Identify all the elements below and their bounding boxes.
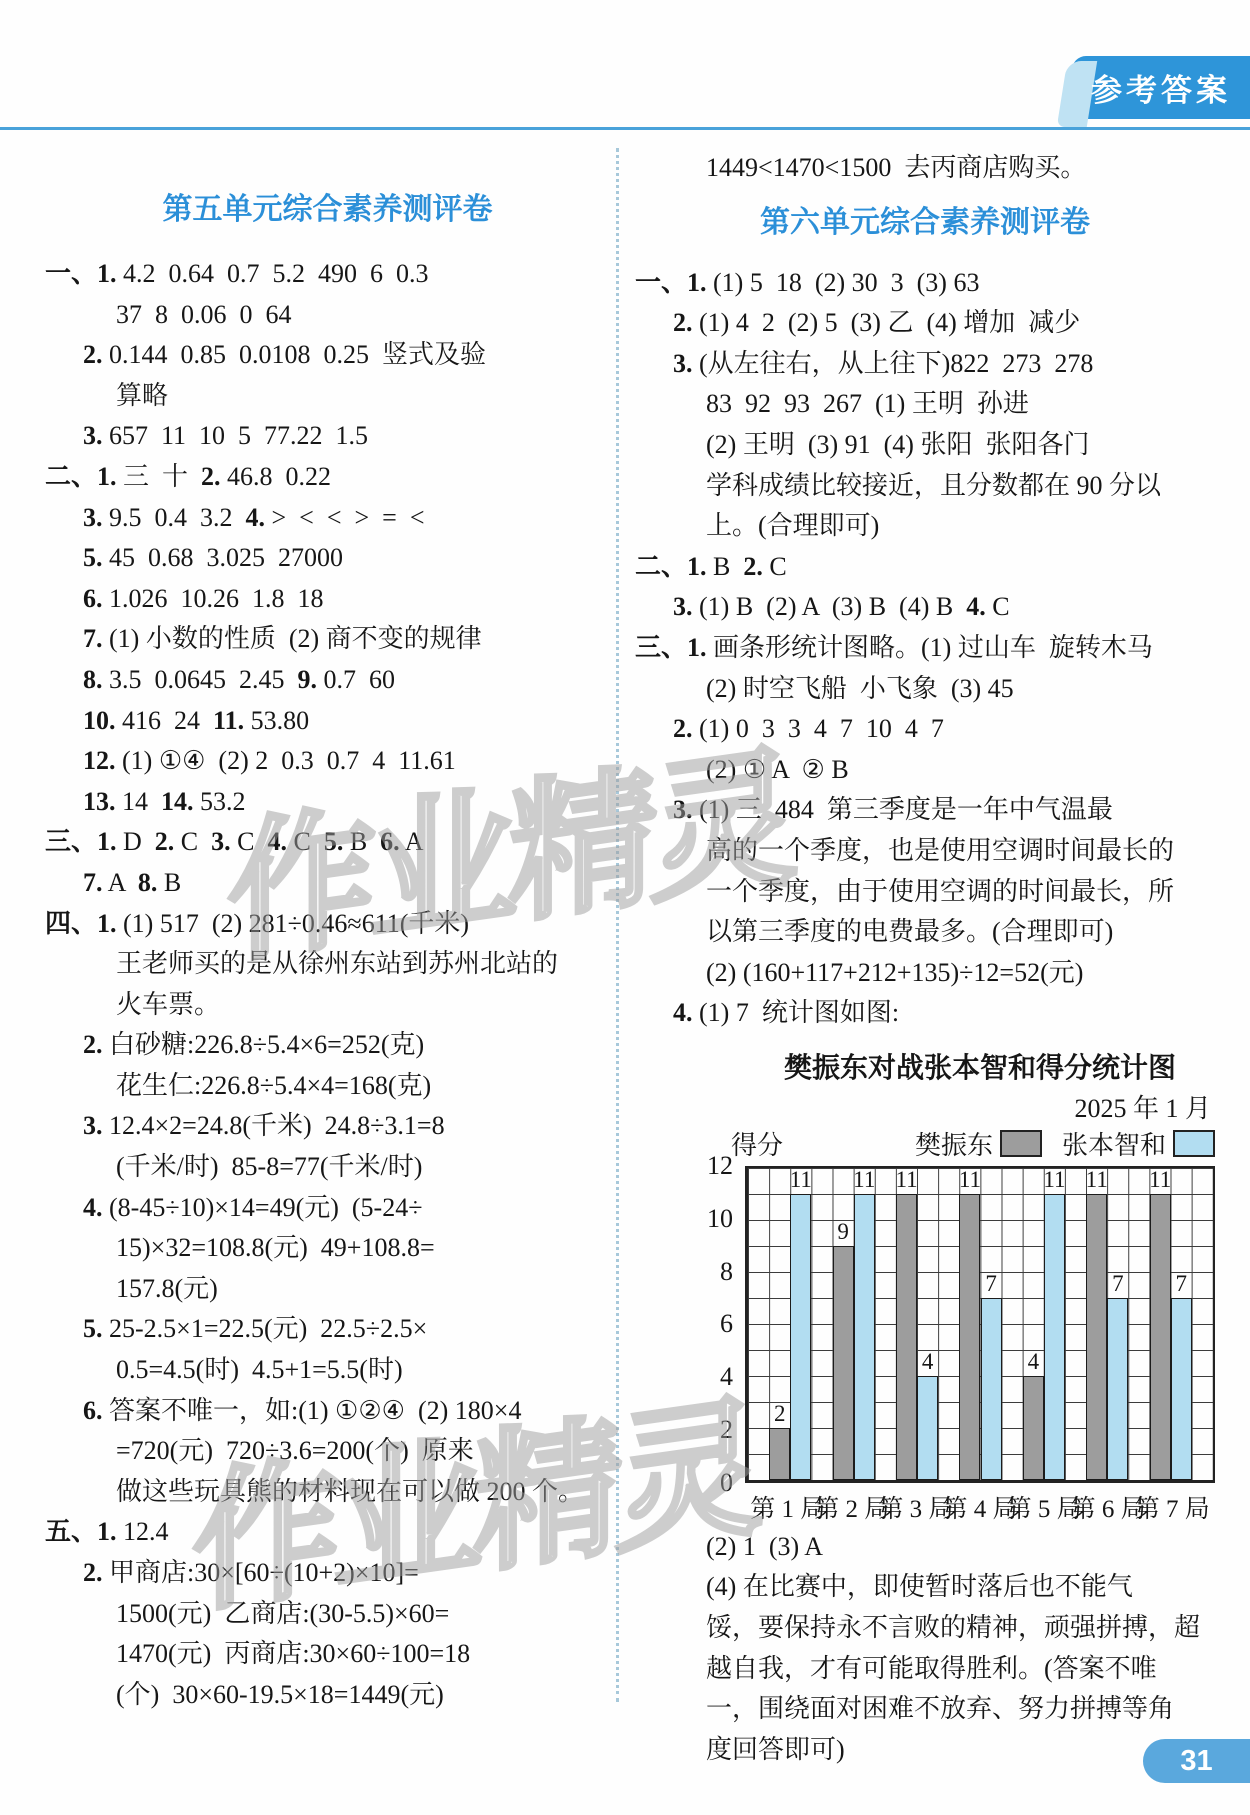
x-label-7: 第 7 局 [1135,1489,1210,1525]
bar-张本智和-第1局 [790,1194,811,1480]
answer-line: 度回答即可) [635,1730,1215,1771]
answer-line: 83 92 93 267 (1) 王明 孙进 [635,384,1215,425]
y-tick-6: 6 [720,1309,733,1339]
answer-line: 8. 3.5 0.0645 2.45 9. 0.7 60 [45,660,610,701]
answer-line: 0.5=4.5(时) 4.5+1=5.5(时) [45,1350,610,1391]
legend-fanzhendong-label: 樊振东 [915,1125,993,1162]
bar-张本智和-第2局 [854,1194,875,1480]
answer-line: 10. 416 24 11. 53.80 [45,701,610,742]
bar-value-label: 4 [1028,1350,1040,1374]
unit5-title: 第五单元综合素养测评卷 [45,184,610,228]
answer-line: (2) 王明 (3) 91 (4) 张阳 张阳各门 [635,425,1215,466]
x-axis-labels: 第 1 局第 2 局第 3 局第 4 局第 5 局第 6 局第 7 局 [745,1483,1215,1523]
chart-legend: 樊振东 张本智和 [915,1125,1215,1162]
y-tick-2: 2 [720,1415,733,1445]
legend-item-zhangbenzhihe: 张本智和 [1062,1125,1215,1162]
answer-line: (2) 1 (3) A [635,1527,1215,1568]
answer-line: 3. (从左往右，从上往下)822 273 278 [635,344,1215,385]
carryover-answer-lines: 1449<1470<1500 去丙商店购买。 [635,148,1215,189]
bar-value-label: 9 [837,1220,849,1244]
answer-line: 3. 12.4×2=24.8(千米) 24.8÷3.1=8 [45,1106,610,1147]
answer-line: 一个季度，由于使用空调的时间最长，所 [635,872,1215,913]
answer-line: 1470(元) 丙商店:30×60÷100=18 [45,1634,610,1675]
answer-line: 学科成绩比较接近，且分数都在 90 分以 [635,466,1215,507]
legend-zhangbenzhihe-swatch [1173,1130,1215,1157]
header-rule [0,127,1250,130]
header-badge-label: 参考答案 [1091,65,1231,110]
bar-张本智和-第4局 [981,1298,1002,1480]
answer-line: 5. 25-2.5×1=22.5(元) 22.5÷2.5× [45,1309,610,1350]
bar-樊振东-第3局 [896,1194,917,1480]
chart-title: 樊振东对战张本智和得分统计图 [635,1046,1215,1086]
answer-line: 1449<1470<1500 去丙商店购买。 [635,148,1215,189]
answer-line: 37 8 0.06 0 64 [45,295,610,336]
answer-line: (千米/时) 85-8=77(千米/时) [45,1147,610,1188]
bar-value-label: 11 [1043,1168,1065,1192]
bar-value-label: 7 [1176,1272,1188,1296]
answer-line: 二、1. B 2. C [635,547,1215,588]
y-tick-10: 10 [707,1204,733,1234]
answer-line: (4) 在比赛中，即使暂时落后也不能气 [635,1567,1215,1608]
bar-value-label: 11 [895,1168,917,1192]
answer-line: (个) 30×60-19.5×18=1449(元) [45,1675,610,1716]
y-tick-12: 12 [707,1151,733,1181]
answer-line: 3. (1) B (2) A (3) B (4) B 4. C [635,587,1215,628]
bar-张本智和-第3局 [917,1376,938,1480]
answer-line: 13. 14 14. 53.2 [45,782,610,823]
answer-line: 2. 0.144 0.85 0.0108 0.25 竖式及验 [45,335,610,376]
answer-line: 越自我，才有可能取得胜利。(答案不唯 [635,1649,1215,1690]
answer-line: 2. (1) 4 2 (2) 5 (3) 乙 (4) 增加 减少 [635,303,1215,344]
answer-line: 7. (1) 小数的性质 (2) 商不变的规律 [45,619,610,660]
answer-line: 15)×32=108.8(元) 49+108.8= [45,1228,610,1269]
answer-line: 算略 [45,376,610,417]
y-tick-4: 4 [720,1362,733,1392]
answer-line: =720(元) 720÷3.6=200(个) 原来 [45,1431,610,1472]
bar-value-label: 11 [959,1168,981,1192]
bar-value-label: 2 [774,1402,786,1426]
y-tick-0: 0 [720,1468,733,1498]
bar-张本智和-第5局 [1044,1194,1065,1480]
header-badge: 参考答案 [1072,56,1250,119]
unit6-answer-lines-after-chart: (2) 1 (3) A(4) 在比赛中，即使暂时落后也不能气馁，要保持永不言败的… [635,1527,1215,1771]
bar-value-label: 4 [922,1350,934,1374]
legend-fanzhendong-swatch [1000,1130,1042,1157]
answer-line: 做这些玩具熊的材料现在可以做 200 个。 [45,1472,610,1513]
answer-line: 上。(合理即可) [635,506,1215,547]
legend-item-fanzhendong: 樊振东 [915,1125,1042,1162]
answer-line: 1500(元) 乙商店:(30-5.5)×60= [45,1594,610,1635]
answer-line: 三、1. D 2. C 3. C 4. C 5. B 6. A [45,822,610,863]
answer-line: 157.8(元) [45,1269,610,1310]
workbook-answer-page: 参考答案 第五单元综合素养测评卷 一、1. 4.2 0.64 0.7 5.2 4… [0,0,1250,1815]
left-column: 第五单元综合素养测评卷 一、1. 4.2 0.64 0.7 5.2 490 6 … [45,170,610,1715]
answer-line: 5. 45 0.68 3.025 27000 [45,538,610,579]
bar-樊振东-第2局 [833,1246,854,1480]
unit6-title: 第六单元综合素养测评卷 [635,197,1215,241]
answer-line: 4. (8-45÷10)×14=49(元) (5-24÷ [45,1188,610,1229]
bar-张本智和-第6局 [1107,1298,1128,1480]
answer-line: (2) ① A ② B [635,750,1215,791]
answer-line: 馁，要保持永不言败的精神，顽强拼搏，超 [635,1608,1215,1649]
answer-line: 6. 答案不唯一，如:(1) ①②④ (2) 180×4 [45,1391,610,1432]
bar-樊振东-第4局 [959,1194,980,1480]
y-axis-title: 得分 [731,1125,783,1162]
bar-樊振东-第5局 [1023,1376,1044,1480]
answer-line: 3. (1) 三 484 第三季度是一年中气温最 [635,790,1215,831]
answer-line: (2) 时空飞船 小飞象 (3) 45 [635,669,1215,710]
answer-line: 火车票。 [45,985,610,1026]
answer-line: 12. (1) ①④ (2) 2 0.3 0.7 4 11.61 [45,741,610,782]
answer-line: 一、1. 4.2 0.64 0.7 5.2 490 6 0.3 [45,254,610,295]
answer-line: 7. A 8. B [45,863,610,904]
legend-zhangbenzhihe-label: 张本智和 [1062,1125,1166,1162]
answer-line: 高的一个季度，也是使用空调时间最长的 [635,831,1215,872]
y-axis-ticks: 024681012 [635,1166,745,1483]
answer-line: (2) (160+117+212+135)÷12=52(元) [635,953,1215,994]
answer-line: 王老师买的是从徐州东站到苏州北站的 [45,944,610,985]
bar-value-label: 7 [985,1272,997,1296]
answer-line: 2. 白砂糖:226.8÷5.4×6=252(克) [45,1025,610,1066]
answer-line: 以第三季度的电费最多。(合理即可) [635,912,1215,953]
answer-line: 花生仁:226.8÷5.4×4=168(克) [45,1066,610,1107]
bar-樊振东-第6局 [1086,1194,1107,1480]
bar-樊振东-第1局 [769,1428,790,1480]
unit6-answer-lines: 一、1. (1) 5 18 (2) 30 3 (3) 632. (1) 4 2 … [635,263,1215,1034]
answer-line: 一、1. (1) 5 18 (2) 30 3 (3) 63 [635,263,1215,304]
chart-date-note: 2025 年 1 月 [635,1088,1215,1125]
bar-value-label: 11 [790,1168,812,1192]
bar-value-label: 7 [1112,1272,1124,1296]
answer-line: 四、1. (1) 517 (2) 281÷0.46≈611(千米) [45,904,610,945]
answer-line: 3. 657 11 10 5 77.22 1.5 [45,416,610,457]
answer-line: 6. 1.026 10.26 1.8 18 [45,579,610,620]
bar-value-label: 11 [853,1168,875,1192]
bar-樊振东-第7局 [1150,1194,1171,1480]
answer-line: 3. 9.5 0.4 3.2 4. > < < > = < [45,498,610,539]
answer-line: 2. 甲商店:30×[60÷(10+2)×10]= [45,1553,610,1594]
plot-row: 024681012 291111411111111471177 [635,1166,1215,1483]
page-number: 31 [1180,1745,1212,1778]
plot-area: 291111411111111471177 [745,1166,1215,1483]
unit5-answer-lines: 一、1. 4.2 0.64 0.7 5.2 490 6 0.337 8 0.06… [45,254,610,1715]
bar-张本智和-第7局 [1171,1298,1192,1480]
answer-line: 一，围绕面对困难不放弃、努力拼搏等角 [635,1689,1215,1730]
score-bar-chart: 樊振东对战张本智和得分统计图 2025 年 1 月 得分 樊振东 张本智和 02… [635,1046,1215,1523]
answer-line: 二、1. 三 十 2. 46.8 0.22 [45,457,610,498]
answer-line: 五、1. 12.4 [45,1512,610,1553]
answer-line: 4. (1) 7 统计图如图: [635,993,1215,1034]
answer-line: 三、1. 画条形统计图略。(1) 过山车 旋转木马 [635,628,1215,669]
bar-value-label: 11 [1086,1168,1108,1192]
page-number-badge: 31 [1143,1739,1250,1783]
column-divider [616,148,619,1702]
bar-value-label: 11 [1149,1168,1171,1192]
y-tick-8: 8 [720,1257,733,1287]
right-column: 1449<1470<1500 去丙商店购买。 第六单元综合素养测评卷 一、1. … [635,148,1215,1770]
answer-line: 2. (1) 0 3 3 4 7 10 4 7 [635,709,1215,750]
